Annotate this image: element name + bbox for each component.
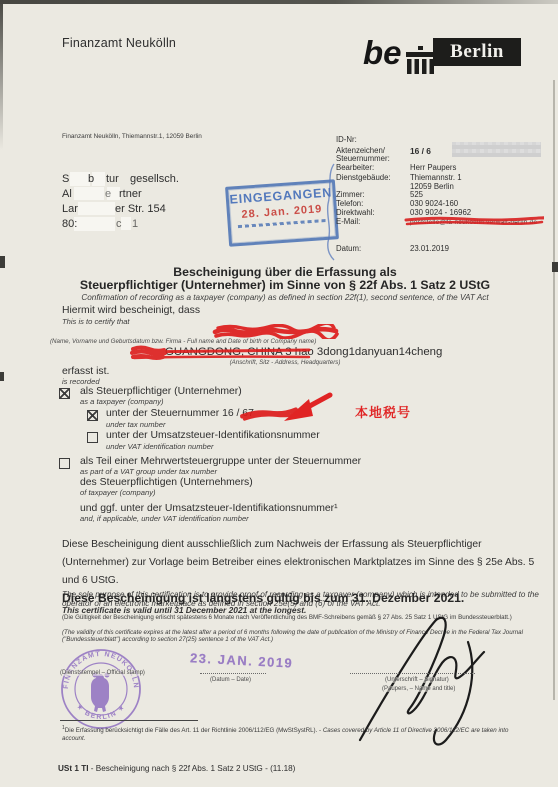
option-tax-number-de: unter der Steuernummer 16 / 67 xyxy=(106,408,254,419)
checkbox-tax-number-checked xyxy=(87,410,98,421)
berlin-logo-text: Berlin xyxy=(450,41,504,63)
validity-de: Diese Bescheinigung ist längstens gültig… xyxy=(62,591,464,605)
recipient-fragment: S xyxy=(62,173,69,185)
tax-office-name: Finanzamt Neukölln xyxy=(62,36,176,50)
contact-value: 23.01.2019 xyxy=(410,244,449,253)
form-code-rest: - Bescheinigung nach § 22f Abs. 1 Satz 2… xyxy=(88,764,295,773)
recipient-fragment: gesellsch. xyxy=(130,173,179,185)
scan-speck xyxy=(552,262,558,272)
option-vat-group-en2: of taxpayer (company) xyxy=(80,488,156,497)
signature-label2: (Paupers, – Name and title) xyxy=(382,686,455,692)
option-vat-group-de: als Teil einer Mehrwertsteuergruppe unte… xyxy=(80,456,361,467)
recipient-fragment: Al xyxy=(62,188,72,200)
recipient-fragment: e xyxy=(105,188,111,200)
scan-edge-left xyxy=(0,0,3,150)
purple-date-stamp: 23. JAN. 2019 xyxy=(190,650,294,670)
contact-label: Zimmer: xyxy=(336,190,410,199)
option-tax-number-en: under tax number xyxy=(106,420,166,429)
berlin-logo-be-text: be xyxy=(363,36,402,69)
contact-row: Bearbeiter:Herr Paupers xyxy=(336,163,554,172)
date-dotted-line xyxy=(200,673,266,674)
recipient-fragment: c xyxy=(116,218,122,230)
contact-label: Direktwahl: xyxy=(336,208,410,217)
contact-value: 030 9024-160 xyxy=(410,199,458,208)
recipient-fragment: rtner xyxy=(119,188,142,200)
contact-label: ID-Nr: xyxy=(336,135,410,144)
option-vat-group-de3: und ggf. unter der Umsatzsteuer-Identifi… xyxy=(80,503,338,514)
scan-speck xyxy=(0,256,5,268)
berlin-logo-wordmark: Berlin xyxy=(433,38,521,66)
received-stamp: EINGEGANGEN 28. Jan. 2019 xyxy=(225,179,339,247)
contact-row: Telefon:030 9024-160 xyxy=(336,199,554,208)
contact-label: Dienstgebäude: xyxy=(336,173,410,182)
option-vat-group-en3: and, if applicable, under VAT identifica… xyxy=(80,514,249,523)
checkbox-vat-group-unchecked xyxy=(59,458,70,469)
purpose-de: Diese Bescheinigung dient ausschließlich… xyxy=(62,539,534,586)
local-tax-number-note: 本地税号 xyxy=(355,402,411,421)
redaction-pixelated-tax-number xyxy=(452,142,541,157)
contact-label: Datum: xyxy=(336,244,410,253)
form-code: USt 1 TI xyxy=(58,764,88,773)
recipient-fragment: b xyxy=(88,173,94,185)
footnote-divider xyxy=(60,720,198,721)
recipient-fragment: tur xyxy=(106,173,119,185)
red-arrow-annotation xyxy=(282,392,334,426)
redaction-whiteout xyxy=(78,202,115,215)
option-taxpayer-en: as a taxpayer (company) xyxy=(80,397,164,406)
redaction-whiteout xyxy=(74,217,115,231)
contact-label: Bearbeiter: xyxy=(336,163,410,172)
stamp-bear-emblem xyxy=(91,673,110,713)
document-page: Finanzamt Neukölln be Berlin Finanzamt N… xyxy=(0,0,558,787)
title-en: Confirmation of recording as a taxpayer … xyxy=(50,293,520,302)
footnote-de: Die Erfassung berücksichtigt die Fälle d… xyxy=(65,727,323,734)
contact-row: Zimmer:525 xyxy=(336,190,554,199)
recorded-de: erfasst ist. xyxy=(62,366,109,377)
scan-edge-top xyxy=(0,0,558,4)
certify-en: This is to certify that xyxy=(62,317,130,326)
signature-dotted-line xyxy=(350,673,475,674)
contact-value: Herr Paupers xyxy=(410,163,456,172)
option-vat-group-en: as part of a VAT group under tax number xyxy=(80,467,217,476)
option-vat-group-de2: des Steuerpflichtigen (Unternehmers) xyxy=(80,477,253,488)
checkbox-taxpayer-checked xyxy=(59,388,70,399)
option-taxpayer-de: als Steuerpflichtiger (Unternehmer) xyxy=(80,386,242,397)
contact-value: Thiemannstr. 1 xyxy=(410,173,462,182)
contact-label: Telefon: xyxy=(336,199,410,208)
option-vat-id-en: under VAT identification number xyxy=(106,442,214,451)
contact-label: E-Mail: xyxy=(336,217,410,226)
redaction-whiteout xyxy=(70,172,90,186)
title-de-line2: Steuerpflichtiger (Unternehmer) im Sinne… xyxy=(50,279,520,292)
address-caption: (Anschrift, Sitz - Address, Headquarters… xyxy=(50,359,520,366)
recipient-fragment: er Str. 154 xyxy=(115,203,166,215)
sender-line: Finanzamt Neukölln, Thiemannstr.1, 12059… xyxy=(62,133,202,140)
signature-label1: (Unterschrift – Signatur) xyxy=(385,677,449,683)
redaction-whiteout xyxy=(121,217,131,230)
form-identifier: USt 1 TI - Bescheinigung nach § 22f Abs.… xyxy=(58,764,295,773)
date-label: (Datum – Date) xyxy=(210,677,251,683)
document-title: Bescheinigung über die Erfassung als Ste… xyxy=(50,266,520,302)
contact-label: Steuernummer: xyxy=(336,154,410,163)
recipient-fragment: 1 xyxy=(132,218,138,230)
contact-row: Dienstgebäude:Thiemannstr. 1 xyxy=(336,173,554,182)
option-vat-id-de: unter der Umsatzsteuer-Identifikationsnu… xyxy=(106,430,320,441)
certify-de: Hiermit wird bescheinigt, dass xyxy=(62,305,200,316)
official-stamp-label: (Dienststempel – Official stamp) xyxy=(60,670,145,676)
company-name-caption: (Name, Vorname und Geburtsdatum bzw. Fir… xyxy=(50,338,520,345)
redaction-red-scribble-company-name xyxy=(212,324,340,339)
contact-row-datum: Datum:23.01.2019 xyxy=(336,244,554,253)
recipient-fragment: 80: xyxy=(62,218,77,230)
received-stamp-dashes xyxy=(238,219,328,228)
blue-brace-annotation xyxy=(324,162,338,262)
scan-speck xyxy=(0,372,4,381)
official-round-stamp: FINANZAMT NEUKÖLLN ★ BERLIN ★ xyxy=(59,647,143,731)
checkbox-vat-id-unchecked xyxy=(87,432,98,443)
footnote: 1Die Erfassung berücksichtigt die Fälle … xyxy=(62,725,520,742)
redaction-whiteout xyxy=(74,187,104,200)
recorded-en: is recorded xyxy=(62,377,100,386)
contact-value: 525 xyxy=(410,190,423,199)
recipient-fragment: Lar xyxy=(62,203,78,215)
redaction-red-strike-email xyxy=(404,215,544,227)
